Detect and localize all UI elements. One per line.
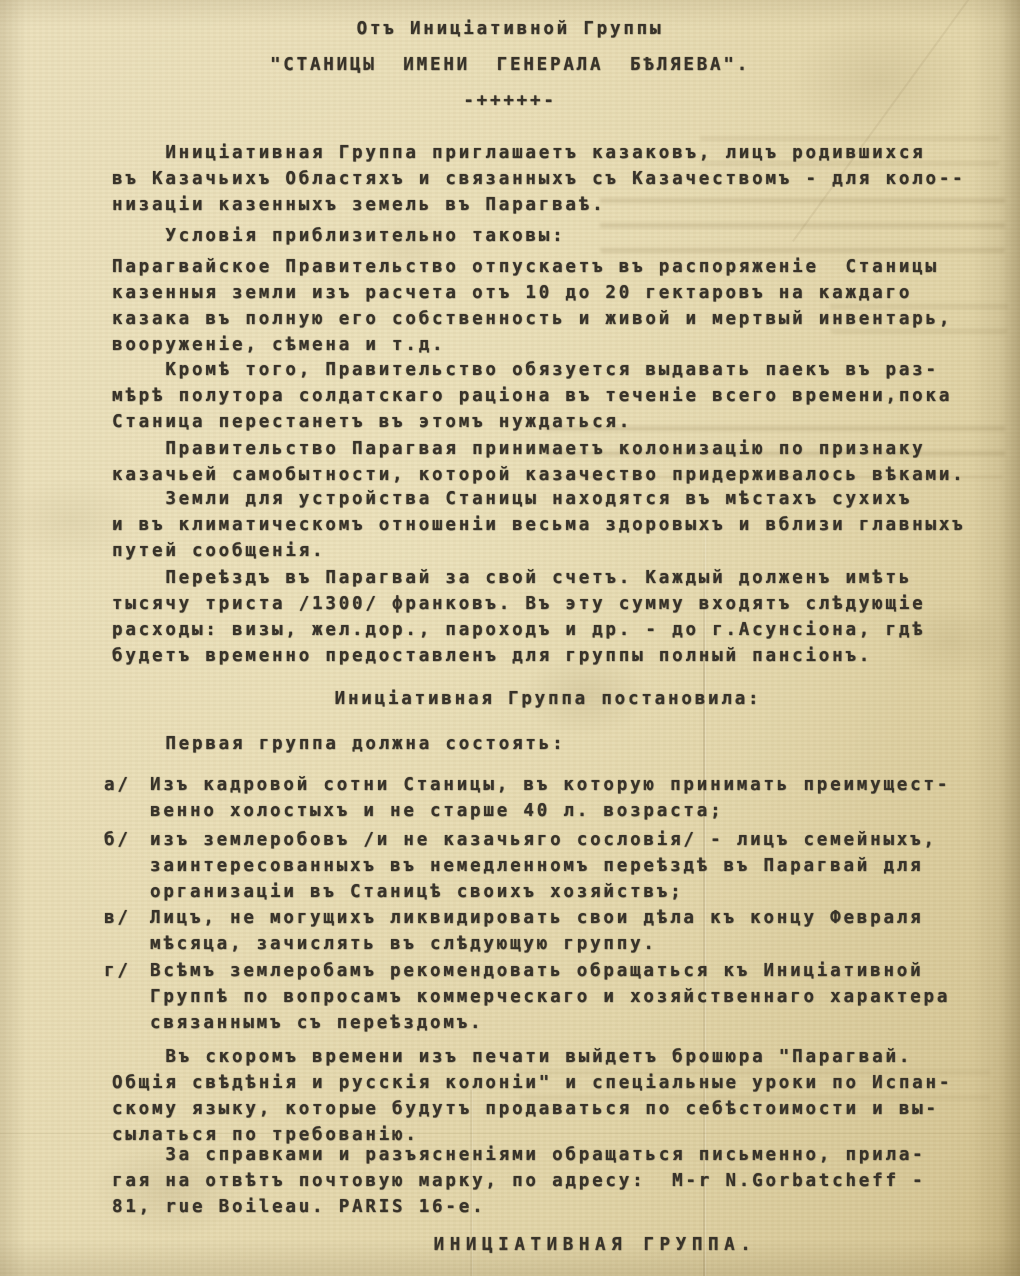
list-item-text: Всѣмъ землеробамъ рекомендовать обращать… bbox=[150, 958, 996, 1036]
paragraph-land-grant: Парагвайское Правительство отпускаетъ въ… bbox=[112, 254, 996, 358]
divider-ornament: -+++++- bbox=[0, 88, 1020, 114]
document-content: Отъ Иниціативной Группы "СТАНИЦЫ ИМЕНИ Г… bbox=[0, 0, 1020, 1276]
list-item-b: б/ изъ землеробовъ /и не казачьяго сосло… bbox=[104, 827, 996, 905]
list-item-text: изъ землеробовъ /и не казачьяго сословія… bbox=[150, 827, 996, 905]
paragraph-invitation: Иниціативная Группа приглашаетъ казаковъ… bbox=[112, 140, 996, 218]
paragraph-contact: За справками и разъясненіями обращаться … bbox=[112, 1142, 996, 1220]
document-page: Отъ Иниціативной Группы "СТАНИЦЫ ИМЕНИ Г… bbox=[0, 0, 1020, 1276]
list-marker: а/ bbox=[104, 772, 150, 824]
list-marker: в/ bbox=[104, 905, 150, 957]
document-title: "СТАНИЦЫ ИМЕНИ ГЕНЕРАЛА БѢЛЯЕВА". bbox=[0, 52, 1020, 78]
resolution-heading: Иниціативная Группа постановила: bbox=[38, 686, 1020, 712]
header-from-line: Отъ Иниціативной Группы bbox=[0, 16, 1020, 42]
first-group-line: Первая группа должна состоять: bbox=[112, 731, 996, 757]
paragraph-identity: Правительство Парагвая принимаетъ колони… bbox=[112, 436, 996, 488]
list-item-g: г/ Всѣмъ землеробамъ рекомендовать обращ… bbox=[104, 958, 996, 1036]
list-item-a: а/ Изъ кадровой сотни Станицы, въ котору… bbox=[104, 772, 996, 824]
paragraph-conditions-intro: Условія приблизительно таковы: bbox=[112, 223, 996, 249]
list-marker: б/ bbox=[104, 827, 150, 905]
list-item-text: Изъ кадровой сотни Станицы, въ которую п… bbox=[150, 772, 996, 824]
list-marker: г/ bbox=[104, 958, 150, 1036]
paragraph-rations: Кромѣ того, Правительство обязуется выда… bbox=[112, 357, 996, 435]
list-item-text: Лицъ, не могущихъ ликвидировать свои дѣл… bbox=[150, 905, 996, 957]
paragraph-brochure: Въ скоромъ времени изъ печати выйдетъ бр… bbox=[112, 1044, 996, 1148]
paragraph-travel-cost: Переѣздъ въ Парагвай за свой счетъ. Кажд… bbox=[112, 565, 996, 669]
list-item-v: в/ Лицъ, не могущихъ ликвидировать свои … bbox=[104, 905, 996, 957]
signature-line: ИНИЦІАТИВНАЯ ГРУППА. bbox=[85, 1232, 1020, 1258]
paragraph-land-location: Земли для устройства Станицы находятся в… bbox=[112, 486, 996, 564]
